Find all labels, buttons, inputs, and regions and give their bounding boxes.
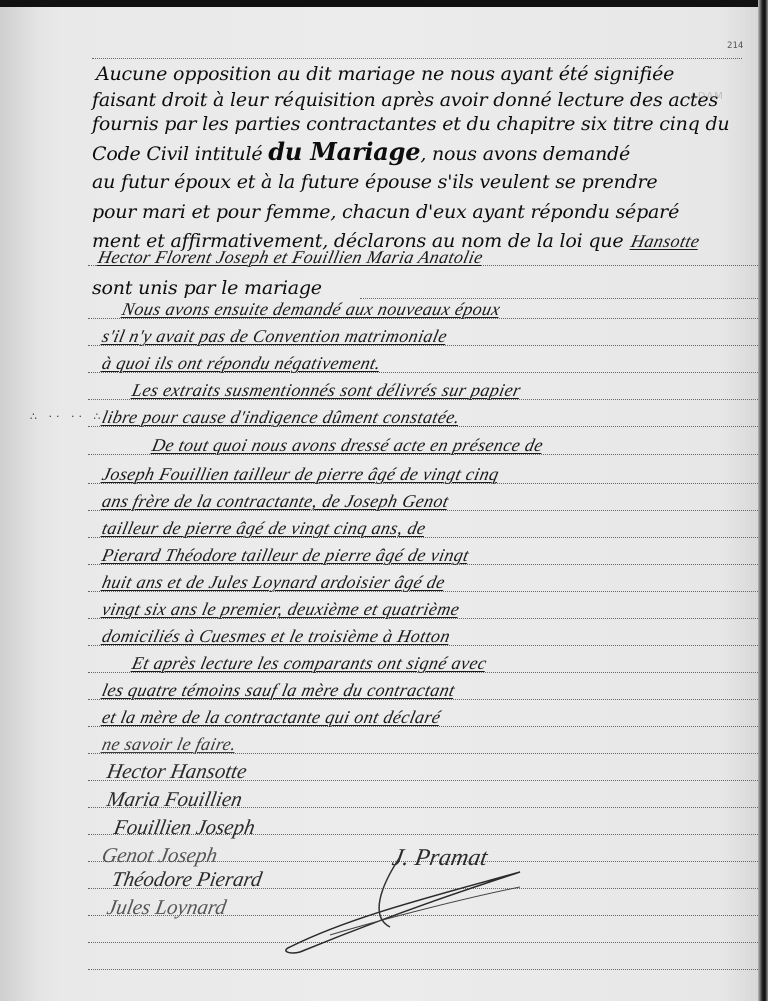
printed-nous-avons: , nous avons demandé (420, 143, 630, 165)
printed-line-4: Code Civil intitulé du Mariage, nous avo… (92, 137, 630, 166)
printed-code-civil: Code Civil intitulé (92, 143, 262, 165)
handwritten-line-6: De tout quoi nous avons dressé acte en p… (150, 435, 545, 456)
handwritten-line-16: et la mère de la contractante qui ont dé… (100, 707, 443, 728)
signature-flourish-icon (270, 847, 530, 957)
printed-line-5: au futur époux et à la future épouse s'i… (92, 171, 657, 193)
page-number-mark: 214 (727, 41, 743, 51)
handwritten-line-7: Joseph Fouillien tailleur de pierre âgé … (100, 464, 501, 485)
printed-line-1: Aucune opposition au dit mariage ne nous… (96, 63, 674, 85)
page-fold-shadow (0, 7, 40, 1001)
signature-witness-2: Genot Joseph (100, 843, 219, 868)
signature-bride: Maria Fouillien (105, 787, 244, 812)
signature-witness-3: Théodore Pierard (110, 867, 264, 892)
signature-witness-1: Fouillien Joseph (112, 815, 257, 840)
top-rule (92, 58, 742, 59)
handwritten-line-1: Nous avons ensuite demandé aux nouveaux … (120, 299, 502, 320)
handwritten-surname-fill: Hansotte (629, 231, 702, 252)
signature-groom: Hector Hansotte (105, 759, 249, 784)
register-page: 214 ADAM Aucune opposition au dit mariag… (0, 7, 758, 1001)
handwritten-line-14: Et après lecture les comparants ont sign… (130, 653, 489, 674)
handwritten-line-12: vingt six ans le premier, deuxième et qu… (100, 599, 462, 620)
handwritten-line-9: tailleur de pierre âgé de vingt cinq ans… (100, 518, 428, 539)
handwritten-line-10: Pierard Théodore tailleur de pierre âgé … (100, 545, 471, 566)
signature-witness-4: Jules Loynard (105, 895, 228, 920)
printed-du-mariage: du Mariage (268, 137, 420, 166)
handwritten-line-2: s'il n'y avait pas de Convention matrimo… (100, 326, 449, 347)
handwritten-line-3: à quoi ils ont répondu négativement. (100, 353, 383, 374)
handwritten-line-4: Les extraits susmentionnés sont délivrés… (130, 380, 523, 401)
printed-line-8: sont unis par le mariage (92, 277, 322, 299)
handwritten-line-8: ans frère de la contractante, de Joseph … (100, 491, 451, 512)
handwritten-line-15: les quatre témoins sauf la mère du contr… (100, 680, 457, 701)
handwritten-line-17: ne savoir le faire. (100, 734, 238, 755)
printed-line-2: faisant droit à leur réquisition après a… (92, 89, 718, 111)
handwritten-line-13: domiciliés à Cuesmes et le troisième à H… (100, 626, 452, 647)
scan-binding-edge (758, 0, 768, 1001)
rule (88, 969, 760, 970)
handwritten-line-5: libre pour cause d'indigence dûment cons… (100, 407, 462, 428)
printed-line-6: pour mari et pour femme, chacun d'eux ay… (92, 201, 679, 223)
printed-line-3: fournis par les parties contractantes et… (92, 113, 729, 135)
margin-annotation: ∴ ·· ·· ∴ (30, 410, 104, 423)
handwritten-names-fill: Hector Florent Joseph et Fouillien Maria… (96, 247, 485, 268)
scan-top-border (0, 0, 768, 7)
handwritten-line-11: huit ans et de Jules Loynard ardoisier â… (100, 572, 447, 593)
